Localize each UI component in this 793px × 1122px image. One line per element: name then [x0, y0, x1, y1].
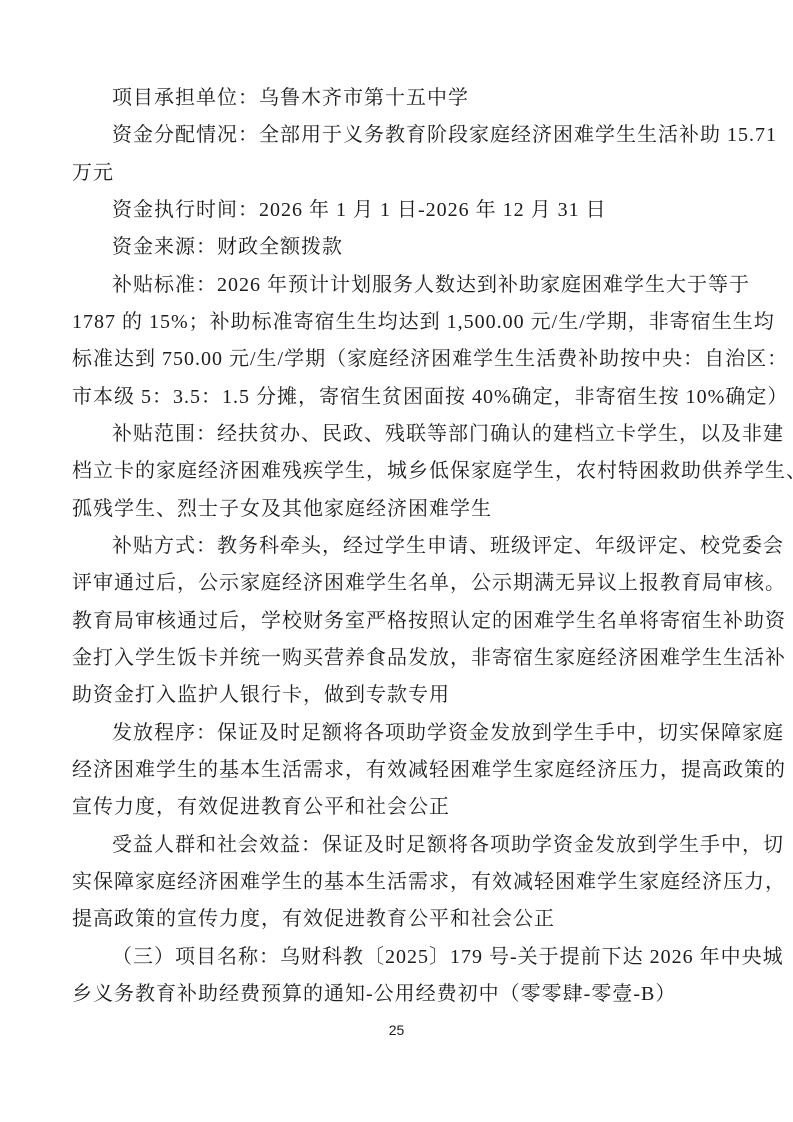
text-line: 1787 的 15%；补助标准寄宿生生均达到 1,500.00 元/生/学期，非… — [72, 304, 722, 341]
paragraph-beneficiaries-social-benefit: 受益人群和社会效益：保证及时足额将各项助学资金发放到学生手中，切实保障家庭经济困… — [72, 827, 722, 939]
text-line: 资金分配情况：全部用于义务教育阶段家庭经济困难学生生活补助 15.71 — [72, 117, 722, 154]
text-line: 金打入学生饭卡并统一购买营养食品发放，非寄宿生家庭经济困难学生生活补 — [72, 640, 722, 677]
text-line: 经济困难学生的基本生活需求，有效减轻困难学生家庭经济压力，提高政策的 — [72, 752, 722, 789]
text-line: 项目承担单位：乌鲁木齐市第十五中学 — [72, 80, 722, 117]
text-line: 宣传力度，有效促进教育公平和社会公正 — [72, 789, 722, 826]
text-line: 补贴标准：2026 年预计计划服务人数达到补助家庭困难学生大于等于 — [72, 267, 722, 304]
paragraph-distribution-procedure: 发放程序：保证及时足额将各项助学资金发放到学生手中，切实保障家庭经济困难学生的基… — [72, 715, 722, 827]
paragraph-subsidy-scope: 补贴范围：经扶贫办、民政、残联等部门确认的建档立卡学生，以及非建档立卡的家庭经济… — [72, 416, 722, 528]
text-line: 乡义务教育补助经费预算的通知-公用经费初中（零零肆-零壹-B） — [72, 976, 722, 1013]
paragraph-project-undertaking-unit: 项目承担单位：乌鲁木齐市第十五中学 — [72, 80, 722, 117]
paragraph-fund-source: 资金来源：财政全额拨款 — [72, 229, 722, 266]
text-line: 资金来源：财政全额拨款 — [72, 229, 722, 266]
text-line: 教育局审核通过后，学校财务室严格按照认定的困难学生名单将寄宿生补助资 — [72, 603, 722, 640]
text-line: 市本级 5：3.5：1.5 分摊，寄宿生贫困面按 40%确定，非寄宿生按 10%… — [72, 379, 722, 416]
page-number: 25 — [0, 1022, 793, 1038]
text-line: 孤残学生、烈士子女及其他家庭经济困难学生 — [72, 491, 722, 528]
document-page: 项目承担单位：乌鲁木齐市第十五中学资金分配情况：全部用于义务教育阶段家庭经济困难… — [0, 0, 793, 1122]
text-line: 资金执行时间：2026 年 1 月 1 日-2026 年 12 月 31 日 — [72, 192, 722, 229]
text-line: 受益人群和社会效益：保证及时足额将各项助学资金发放到学生手中，切 — [72, 827, 722, 864]
paragraph-project-name-item-3: （三）项目名称：乌财科教〔2025〕179 号-关于提前下达 2026 年中央城… — [72, 939, 722, 1014]
text-line: 实保障家庭经济困难学生的基本生活需求，有效减轻困难学生家庭经济压力， — [72, 864, 722, 901]
text-line: 提高政策的宣传力度，有效促进教育公平和社会公正 — [72, 901, 722, 938]
text-line: 万元 — [72, 155, 722, 192]
text-line: 评审通过后，公示家庭经济困难学生名单，公示期满无异议上报教育局审核。 — [72, 565, 722, 602]
text-line: 补贴范围：经扶贫办、民政、残联等部门确认的建档立卡学生，以及非建 — [72, 416, 722, 453]
text-line: 档立卡的家庭经济困难残疾学生，城乡低保家庭学生，农村特困救助供养学生、 — [72, 453, 722, 490]
text-line: 发放程序：保证及时足额将各项助学资金发放到学生手中，切实保障家庭 — [72, 715, 722, 752]
text-line: 助资金打入监护人银行卡，做到专款专用 — [72, 677, 722, 714]
paragraph-fund-execution-period: 资金执行时间：2026 年 1 月 1 日-2026 年 12 月 31 日 — [72, 192, 722, 229]
document-body: 项目承担单位：乌鲁木齐市第十五中学资金分配情况：全部用于义务教育阶段家庭经济困难… — [72, 80, 722, 1013]
text-line: （三）项目名称：乌财科教〔2025〕179 号-关于提前下达 2026 年中央城 — [72, 939, 722, 976]
text-line: 标准达到 750.00 元/生/学期（家庭经济困难学生生活费补助按中央：自治区： — [72, 341, 722, 378]
paragraph-subsidy-standard: 补贴标准：2026 年预计计划服务人数达到补助家庭困难学生大于等于1787 的 … — [72, 267, 722, 416]
paragraph-subsidy-method: 补贴方式：教务科牵头，经过学生申请、班级评定、年级评定、校党委会评审通过后，公示… — [72, 528, 722, 715]
text-line: 补贴方式：教务科牵头，经过学生申请、班级评定、年级评定、校党委会 — [72, 528, 722, 565]
paragraph-fund-allocation: 资金分配情况：全部用于义务教育阶段家庭经济困难学生生活补助 15.71万元 — [72, 117, 722, 192]
